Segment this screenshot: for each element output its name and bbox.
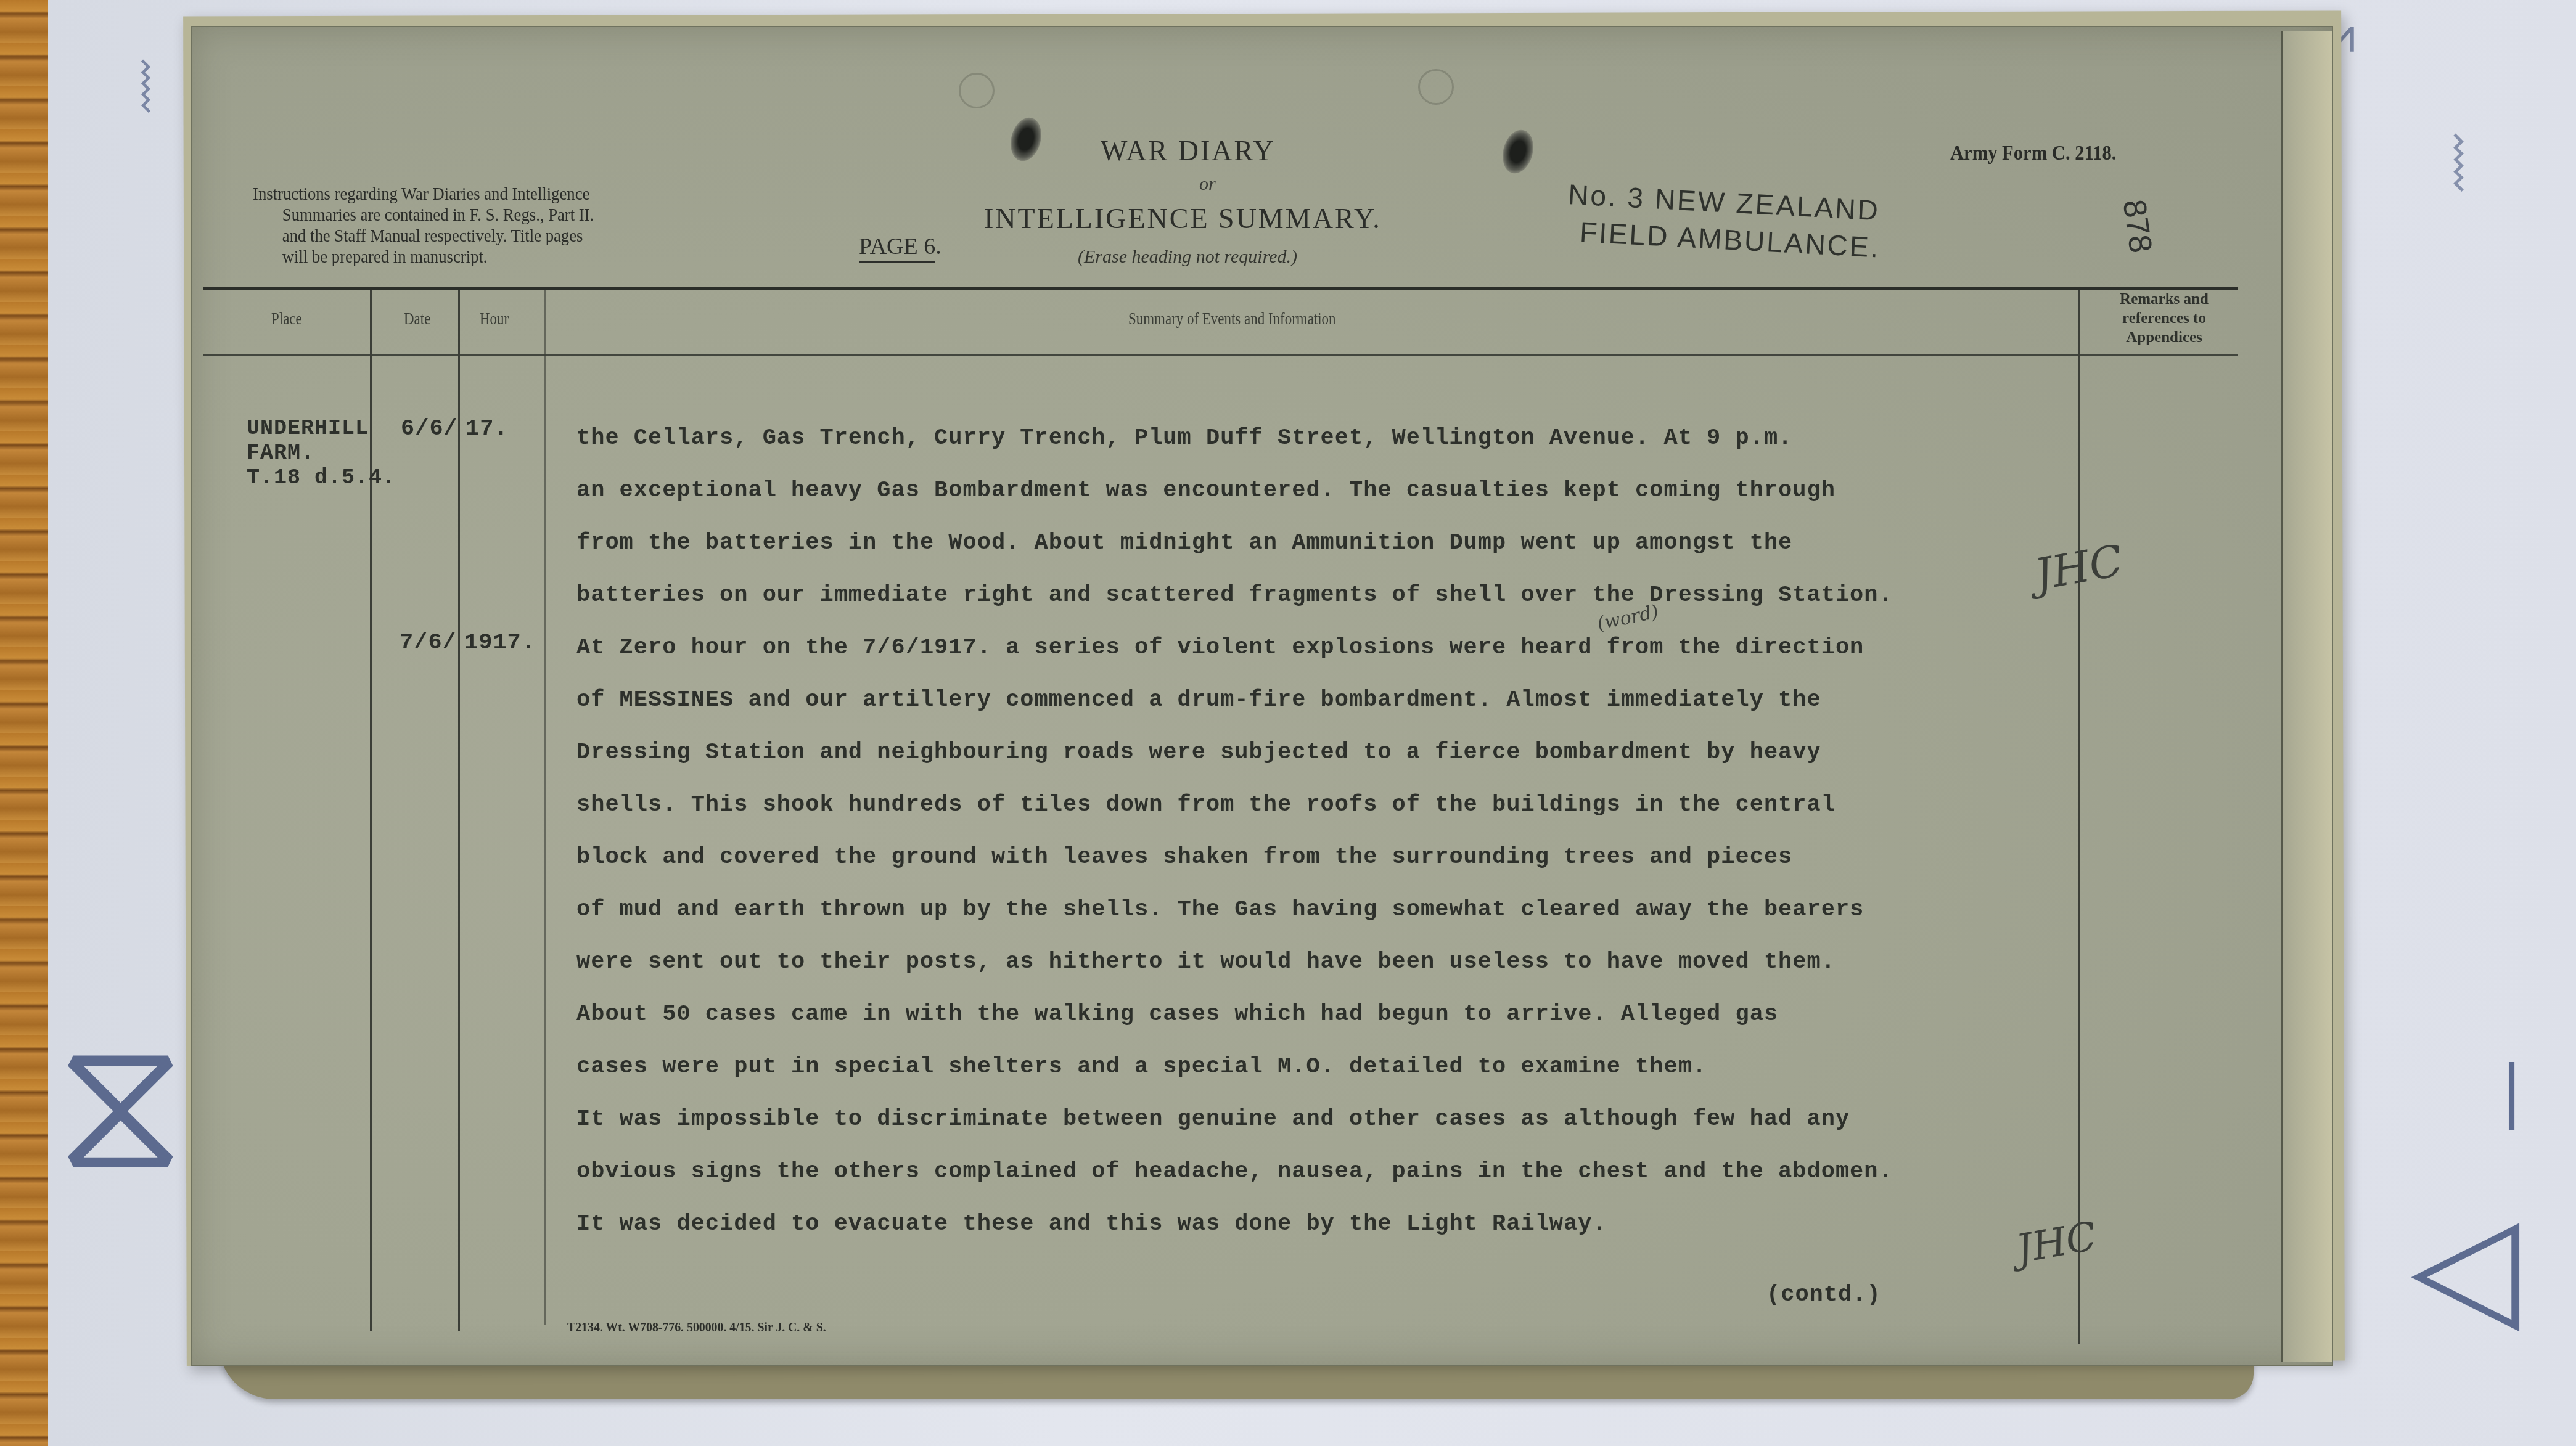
summary-line: shells. This shook hundreds of tiles dow… (576, 792, 1836, 818)
header-top-rule (203, 287, 2238, 290)
erase-heading-note: (Erase heading not required.) (1078, 247, 1297, 268)
column-header-hour: Hour (480, 309, 509, 329)
pencil-hourglass-mark: ⧖ (55, 1011, 186, 1196)
faint-ring-left (959, 73, 995, 108)
summary-line: It was decided to evacuate these and thi… (576, 1211, 1607, 1237)
summary-line: At Zero hour on the 7/6/1917. a series o… (576, 635, 1864, 661)
summary-line: of MESSINES and our artillery commenced … (576, 687, 1821, 713)
pencil-scribble-right: ⦚ (2451, 123, 2466, 210)
column-header-date: Date (404, 309, 430, 329)
pencil-triangle-mark: ◁ (2411, 1183, 2520, 1348)
column-header-remarks: Remarks and references to Appendices (2093, 290, 2235, 347)
instructions-line: will be prepared in manuscript. (253, 247, 594, 268)
column-divider-summary-remarks (2078, 290, 2080, 1344)
column-divider-hour-summary (544, 290, 546, 1325)
entry-hour: 1917. (464, 630, 536, 656)
printer-imprint: T2134. Wt. W708-776. 500000. 4/15. Sir J… (567, 1319, 826, 1335)
wooden-desk-edge (0, 0, 48, 1446)
header-bottom-rule (203, 354, 2238, 356)
page-number-period: . (935, 234, 941, 259)
column-header-place: Place (271, 309, 302, 329)
title-or: or (1199, 174, 1216, 195)
pencil-tick-mark: | (2500, 1051, 2523, 1130)
entry-hour: 17. (466, 416, 509, 442)
page-right-margin-strip (2281, 31, 2332, 1362)
summary-line: block and covered the ground with leaves… (576, 844, 1792, 870)
folio-number: 878 (2115, 197, 2159, 255)
form-instructions: Instructions regarding War Diaries and I… (253, 184, 594, 268)
summary-line: About 50 cases came in with the walking … (576, 1002, 1778, 1027)
summary-line: of mud and earth thrown up by the shells… (576, 897, 1864, 923)
summary-line: the Cellars, Gas Trench, Curry Trench, P… (576, 425, 1792, 451)
summary-line: obvious signs the others complained of h… (576, 1159, 1893, 1185)
place-line: UNDERHILL (247, 416, 396, 441)
summary-line: were sent out to their posts, as hithert… (576, 949, 1836, 975)
column-divider-date-hour (458, 290, 460, 1331)
summary-line: from the batteries in the Wood. About mi… (576, 530, 1792, 556)
summary-line: batteries on our immediate right and sca… (576, 582, 1893, 608)
page-number-label: PAGE 6. (859, 233, 941, 260)
column-header-summary: Summary of Events and Information (1128, 309, 1336, 329)
entry-place: UNDERHILL FARM. T.18 d.5.4. (247, 416, 396, 490)
faint-ring-right (1418, 69, 1454, 105)
place-line: FARM. (247, 441, 396, 465)
instructions-line: Summaries are contained in F. S. Regs., … (253, 205, 594, 226)
summary-line: It was impossible to discriminate betwee… (576, 1106, 1850, 1132)
title-intelligence-summary: INTELLIGENCE SUMMARY. (984, 202, 1382, 235)
instructions-line: Instructions regarding War Diaries and I… (253, 184, 594, 205)
summary-line: an exceptional heavy Gas Bombardment was… (576, 478, 1836, 504)
place-line: T.18 d.5.4. (247, 465, 396, 490)
summary-line: cases were put in special shelters and a… (576, 1054, 1707, 1080)
pencil-scribble-top-left: ⦚ (139, 49, 153, 129)
title-war-diary: WAR DIARY (1101, 134, 1276, 167)
army-form-number: Army Form C. 2118. (1950, 142, 2116, 165)
page-number-text: PAGE 6 (859, 234, 935, 263)
entry-date: 7/6/ (400, 630, 457, 656)
continued-label: (contd.) (1766, 1282, 1881, 1308)
entry-date: 6/6/ (401, 416, 458, 442)
summary-line: Dressing Station and neighbouring roads … (576, 740, 1821, 766)
instructions-line: and the Staff Manual respectively. Title… (253, 226, 594, 247)
